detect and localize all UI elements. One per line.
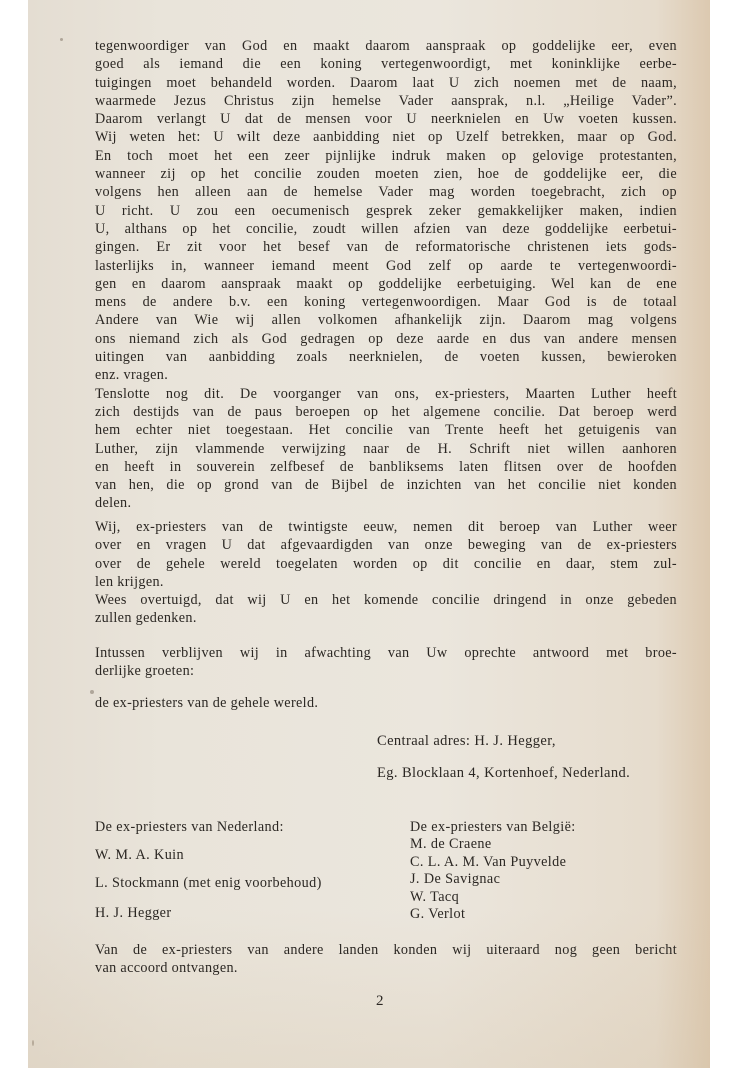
text-line: en heeft in souverein zelfbesef de banbl… [95, 458, 677, 476]
text-line: tuigingen moet behandeld worden. Daarom … [95, 74, 677, 92]
text-line: Van de ex-priesters van andere landen ko… [95, 941, 677, 959]
body-paragraph-2: Wij, ex-priesters van de twintigste eeuw… [95, 518, 677, 628]
text-line: len krijgen. [95, 573, 677, 591]
text-line: uitingen van aanbidding zoals neerkniele… [95, 348, 677, 366]
text-line: zullen gedenken. [95, 609, 677, 627]
text-line: hem echter niet toegestaan. Het concilie… [95, 421, 677, 439]
text-line: van accoord ontvangen. [95, 959, 677, 977]
signatory-name: G. Verlot [410, 906, 576, 923]
text-line: volgens hen alleen aan de hemelse Vader … [95, 183, 677, 201]
text-line: U, althans op het concilie, zoudt willen… [95, 220, 677, 238]
text-line: goed als iemand die een koning vertegenw… [95, 55, 677, 73]
text-line: Intussen verblijven wij in afwachting va… [95, 644, 677, 662]
text-line: gen en daarom aanspraak maakt op goddeli… [95, 275, 677, 293]
text-line: tegenwoordiger van God en maakt daarom a… [95, 37, 677, 55]
signatories-heading: De ex-priesters van Nederland: [95, 819, 284, 836]
signatory-name: W. M. A. Kuin [95, 847, 184, 864]
text-line: lasterlijks in, wanneer iemand meent God… [95, 257, 677, 275]
text-line: ons niemand zich als God gedragen op dez… [95, 330, 677, 348]
text-line: zich destijds van de paus beroepen op he… [95, 403, 677, 421]
text-line: Wees overtuigd, dat wij U en het komende… [95, 591, 677, 609]
signatory-name: L. Stockmann (met enig voorbehoud) [95, 875, 322, 892]
paper-speck [60, 38, 63, 41]
body-paragraph-4: Van de ex-priesters van andere landen ko… [95, 941, 677, 978]
text-line: Daarom verlangt U dat de mensen voor U n… [95, 110, 677, 128]
signatory-name: C. L. A. M. Van Puyvelde [410, 854, 576, 871]
paper-speck [90, 690, 94, 694]
page-number: 2 [376, 993, 384, 1010]
text-line: mens de andere b.v. een koning vertegenw… [95, 293, 677, 311]
text-line: over en vragen U dat afgevaardigden van … [95, 536, 677, 554]
text-line: van hen, die op grond van de Bijbel de i… [95, 476, 677, 494]
body-paragraph-3: Intussen verblijven wij in afwachting va… [95, 644, 677, 681]
text-line: over de gehele wereld toegelaten worden … [95, 555, 677, 573]
text-line: enz. vragen. [95, 366, 677, 384]
text-line: waarmede Jezus Christus zijn hemelse Vad… [95, 92, 677, 110]
text-line: Luther, zijn vlammende verwijzing naar d… [95, 440, 677, 458]
signatories-heading: De ex-priesters van België: [410, 819, 576, 836]
address-line-2: Eg. Blocklaan 4, Kortenhoef, Nederland. [377, 765, 630, 782]
paper-speck [32, 1040, 34, 1046]
text-line: Tenslotte nog dit. De voorganger van ons… [95, 385, 677, 403]
signatory-name: H. J. Hegger [95, 905, 172, 922]
signatory-name: M. de Craene [410, 836, 576, 853]
closing-signature: de ex-priesters van de gehele wereld. [95, 695, 318, 712]
signatories-belgium: De ex-priesters van België: M. de Craene… [410, 819, 576, 923]
signatory-name: W. Tacq [410, 889, 576, 906]
text-line: Andere van Wie wij allen volkomen afhank… [95, 311, 677, 329]
signatory-name: J. De Savignac [410, 871, 576, 888]
text-line: gingen. Er zit voor het besef van de ref… [95, 238, 677, 256]
text-line: Wij, ex-priesters van de twintigste eeuw… [95, 518, 677, 536]
address-line-1: Centraal adres: H. J. Hegger, [377, 733, 556, 750]
text-line: derlijke groeten: [95, 662, 677, 680]
text-line: wanneer zij op het concilie zouden moete… [95, 165, 677, 183]
text-line: U richt. U zou een oecumenisch gesprek z… [95, 202, 677, 220]
text-line: En toch moet het een zeer pijnlijke indr… [95, 147, 677, 165]
body-paragraph-1: tegenwoordiger van God en maakt daarom a… [95, 37, 677, 513]
text-line: Wij weten het: U wilt deze aanbidding ni… [95, 128, 677, 146]
text-line: delen. [95, 494, 677, 512]
